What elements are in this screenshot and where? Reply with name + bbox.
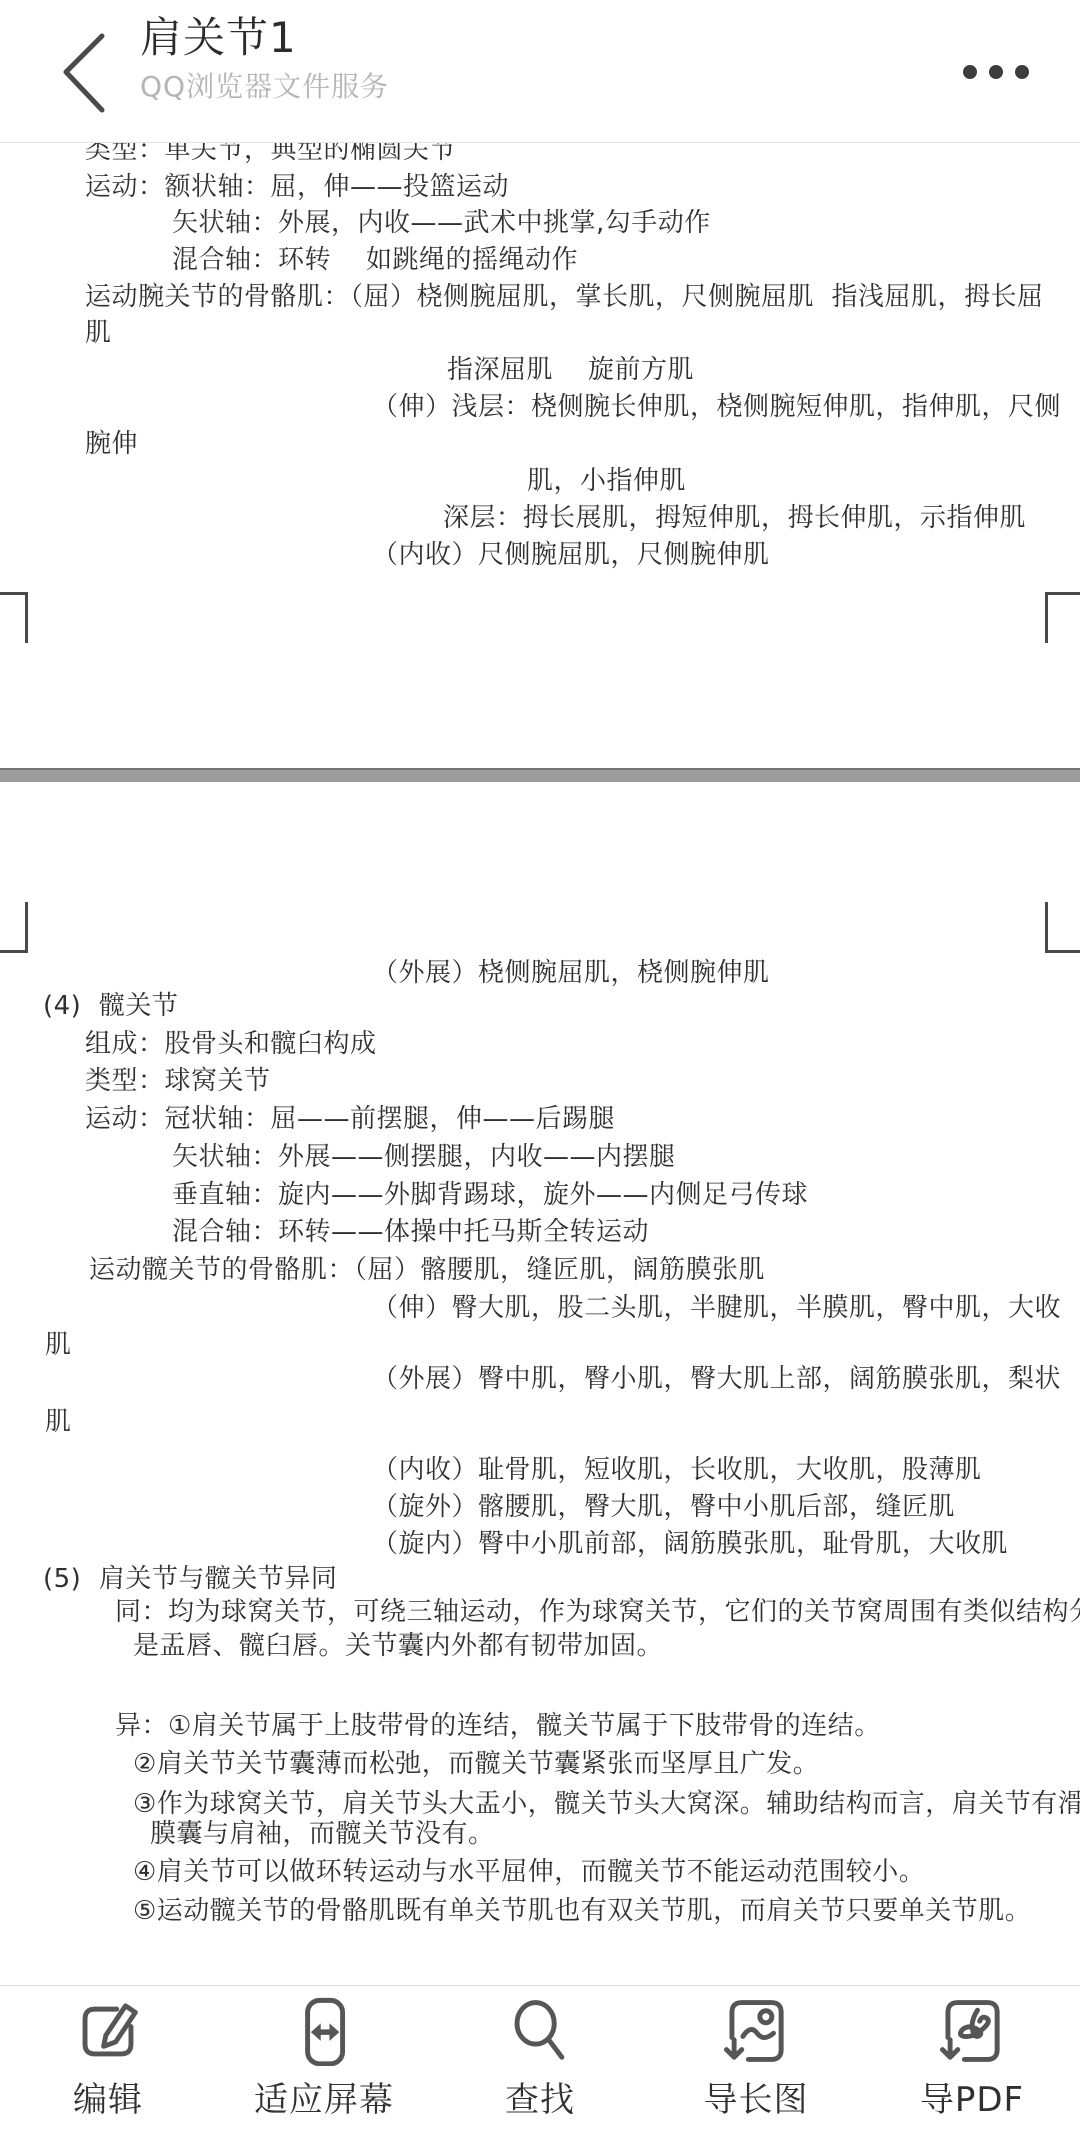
toolbar-item-fit-screen[interactable]: 适应屏幕 [216, 1986, 432, 2129]
doc-line: （外展）臀中肌，臀小肌，臀大肌上部，阔筋膜张肌，梨状 [372, 1362, 1061, 1396]
doc-line: （旋内）臀中小肌前部，阔筋膜张肌，耻骨肌，大收肌 [372, 1527, 1008, 1561]
toolbar-item-find[interactable]: 查找 [432, 1986, 648, 2129]
toolbar: 编辑 适应屏幕 查找 [0, 1985, 1080, 2129]
export-pdf-icon [937, 1996, 1007, 2066]
doc-line: 类型：球窝关节 [85, 1064, 271, 1098]
doc-line: 矢状轴：外展——侧摆腿，内收——内摆腿 [172, 1140, 676, 1174]
page1-bottom-right-corner-mark [1045, 592, 1080, 643]
doc-line: 肌 [45, 1328, 72, 1362]
fit-screen-icon [289, 1996, 359, 2066]
doc-line: 肌 [45, 1405, 72, 1439]
page-divider [0, 768, 1080, 782]
page-2: （外展）桡侧腕屈肌，桡侧腕伸肌(4) 髋关节组成：股骨头和髋臼构成类型：球窝关节… [0, 0, 1080, 1985]
doc-line: 运动：冠状轴：屈——前摆腿，伸——后踢腿 [85, 1102, 615, 1136]
page2-top-right-corner-mark [1045, 902, 1080, 953]
document-area[interactable]: 类型：单关节，典型的椭圆关节运动：额状轴：屈，伸——投篮运动矢状轴：外展，内收—… [0, 0, 1080, 1985]
doc-line: （旋外）髂腰肌，臀大肌，臀中小肌后部，缝匠肌 [372, 1490, 955, 1524]
doc-line: 膜囊与肩袖，而髋关节没有。 [150, 1817, 495, 1851]
doc-line: ⑤运动髋关节的骨骼肌既有单关节肌也有双关节肌，而肩关节只要单关节肌。 [133, 1894, 1031, 1928]
doc-line: （外展）桡侧腕屈肌，桡侧腕伸肌 [372, 956, 770, 990]
toolbar-item-edit[interactable]: 编辑 [0, 1986, 216, 2129]
page2-top-left-corner-mark [0, 902, 28, 953]
doc-line: ④肩关节可以做环转运动与水平屈伸，而髋关节不能运动范围较小。 [133, 1855, 925, 1889]
toolbar-label: 编辑 [73, 2072, 143, 2121]
doc-line: 组成：股骨头和髋臼构成 [85, 1027, 377, 1061]
toolbar-label: 导长图 [704, 2072, 809, 2121]
doc-line: （伸）臀大肌，股二头肌，半腱肌，半膜肌，臀中肌，大收 [372, 1291, 1061, 1325]
page1-bottom-left-corner-mark [0, 592, 28, 643]
toolbar-label: 适应屏幕 [254, 2072, 394, 2121]
doc-line: ②肩关节关节囊薄而松弛，而髋关节囊紧张而坚厚且广发。 [133, 1747, 819, 1781]
more-dots-icon [950, 46, 1050, 98]
doc-line: 同：均为球窝关节，可绕三轴运动，作为球窝关节，它们的关节窝周围有类似结构分别 [115, 1595, 1080, 1629]
doc-line: 是盂唇、髋臼唇。关节囊内外都有韧带加固。 [133, 1629, 663, 1663]
page-title: 肩关节1 [140, 12, 389, 64]
doc-line: （内收）耻骨肌，短收肌，长收肌，大收肌，股薄肌 [372, 1453, 982, 1487]
toolbar-item-export-pdf[interactable]: 导PDF [864, 1986, 1080, 2129]
export-long-image-icon [721, 1996, 791, 2066]
doc-line: 运动髋关节的骨骼肌：（屈）髂腰肌，缝匠肌，阔筋膜张肌 [89, 1253, 765, 1287]
edit-icon [73, 1996, 143, 2066]
doc-line: ③作为球窝关节，肩关节头大盂小，髋关节头大窝深。辅助结构而言，肩关节有滑 [133, 1787, 1080, 1821]
doc-line: (4) 髋关节 [43, 989, 178, 1023]
doc-line: (5) 肩关节与髋关节异同 [43, 1562, 337, 1596]
back-button[interactable] [40, 18, 116, 122]
search-icon [505, 1996, 575, 2066]
doc-line: 垂直轴：旋内——外脚背踢球，旋外——内侧足弓传球 [172, 1178, 808, 1212]
chevron-left-icon [40, 18, 116, 122]
toolbar-item-export-long-image[interactable]: 导长图 [648, 1986, 864, 2129]
more-menu-button[interactable] [950, 46, 1050, 98]
toolbar-label: 查找 [505, 2072, 575, 2121]
screen: 类型：单关节，典型的椭圆关节运动：额状轴：屈，伸——投篮运动矢状轴：外展，内收—… [0, 0, 1080, 2129]
doc-line: 混合轴：环转——体操中托马斯全转运动 [172, 1215, 649, 1249]
page-subtitle: QQ浏览器文件服务 [140, 70, 389, 104]
title-block: 肩关节1 QQ浏览器文件服务 [140, 12, 389, 104]
doc-line: 异：①肩关节属于上肢带骨的连结，髋关节属于下肢带骨的连结。 [115, 1709, 881, 1743]
header: 肩关节1 QQ浏览器文件服务 [0, 0, 1080, 143]
toolbar-label: 导PDF [920, 2072, 1024, 2121]
